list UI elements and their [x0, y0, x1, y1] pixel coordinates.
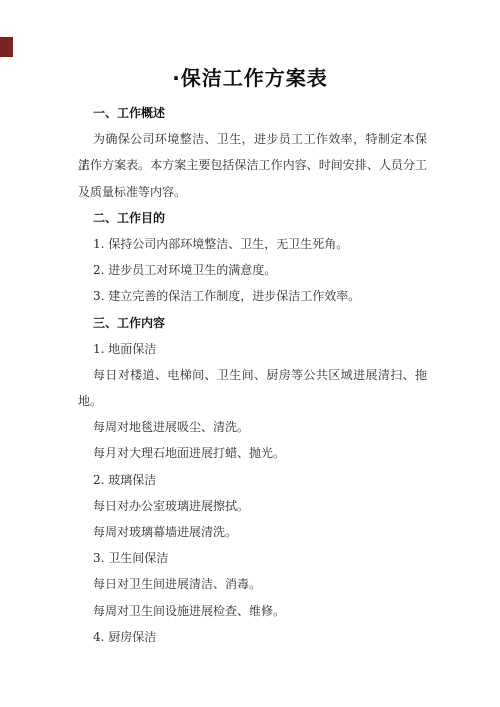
red-bookmark-icon — [0, 37, 13, 57]
section-heading: 三、工作内容 — [78, 310, 427, 336]
doc-line: 为确保公司环境整洁、卫生，进步员工工作效率，特制定本保洁 — [78, 126, 427, 152]
doc-line: 4. 厨房保洁 — [78, 624, 427, 650]
doc-line: 每月对大理石地面进展打蜡、抛光。 — [78, 440, 427, 466]
section-heading: 一、工作概述 — [78, 100, 427, 126]
doc-line: 1. 地面保洁 — [78, 336, 427, 362]
doc-line: 每周对卫生间设施进展检查、维修。 — [78, 598, 427, 624]
document-page: ·保洁工作方案表 一、工作概述 为确保公司环境整洁、卫生，进步员工工作效率，特制… — [0, 0, 500, 707]
document-body: 一、工作概述 为确保公司环境整洁、卫生，进步员工工作效率，特制定本保洁 工作方案… — [0, 100, 427, 650]
section-heading: 二、工作目的 — [78, 205, 427, 231]
doc-line: 2. 玻璃保洁 — [78, 467, 427, 493]
doc-line: 每日对卫生间进展清洁、消毒。 — [78, 571, 427, 597]
page-title: ·保洁工作方案表 — [0, 63, 500, 93]
doc-line: 及质量标准等内容。 — [78, 179, 427, 205]
doc-line: 1. 保持公司内部环境整洁、卫生，无卫生死角。 — [78, 231, 427, 257]
doc-line: 每日对楼道、电梯间、卫生间、厨房等公共区域进展清扫、拖 — [78, 362, 427, 388]
doc-line: 3. 卫生间保洁 — [78, 545, 427, 571]
doc-line: 每日对办公室玻璃进展擦拭。 — [78, 493, 427, 519]
doc-line: 2. 进步员工对环境卫生的满意度。 — [78, 257, 427, 283]
doc-line: 地。 — [78, 388, 427, 414]
doc-line: 每周对地毯进展吸尘、清洗。 — [78, 414, 427, 440]
doc-line: 每周对玻璃幕墙进展清洗。 — [78, 519, 427, 545]
doc-line: 工作方案表。本方案主要包括保洁工作内容、时间安排、人员分工 — [78, 152, 427, 178]
doc-line: 3. 建立完善的保洁工作制度，进步保洁工作效率。 — [78, 283, 427, 309]
